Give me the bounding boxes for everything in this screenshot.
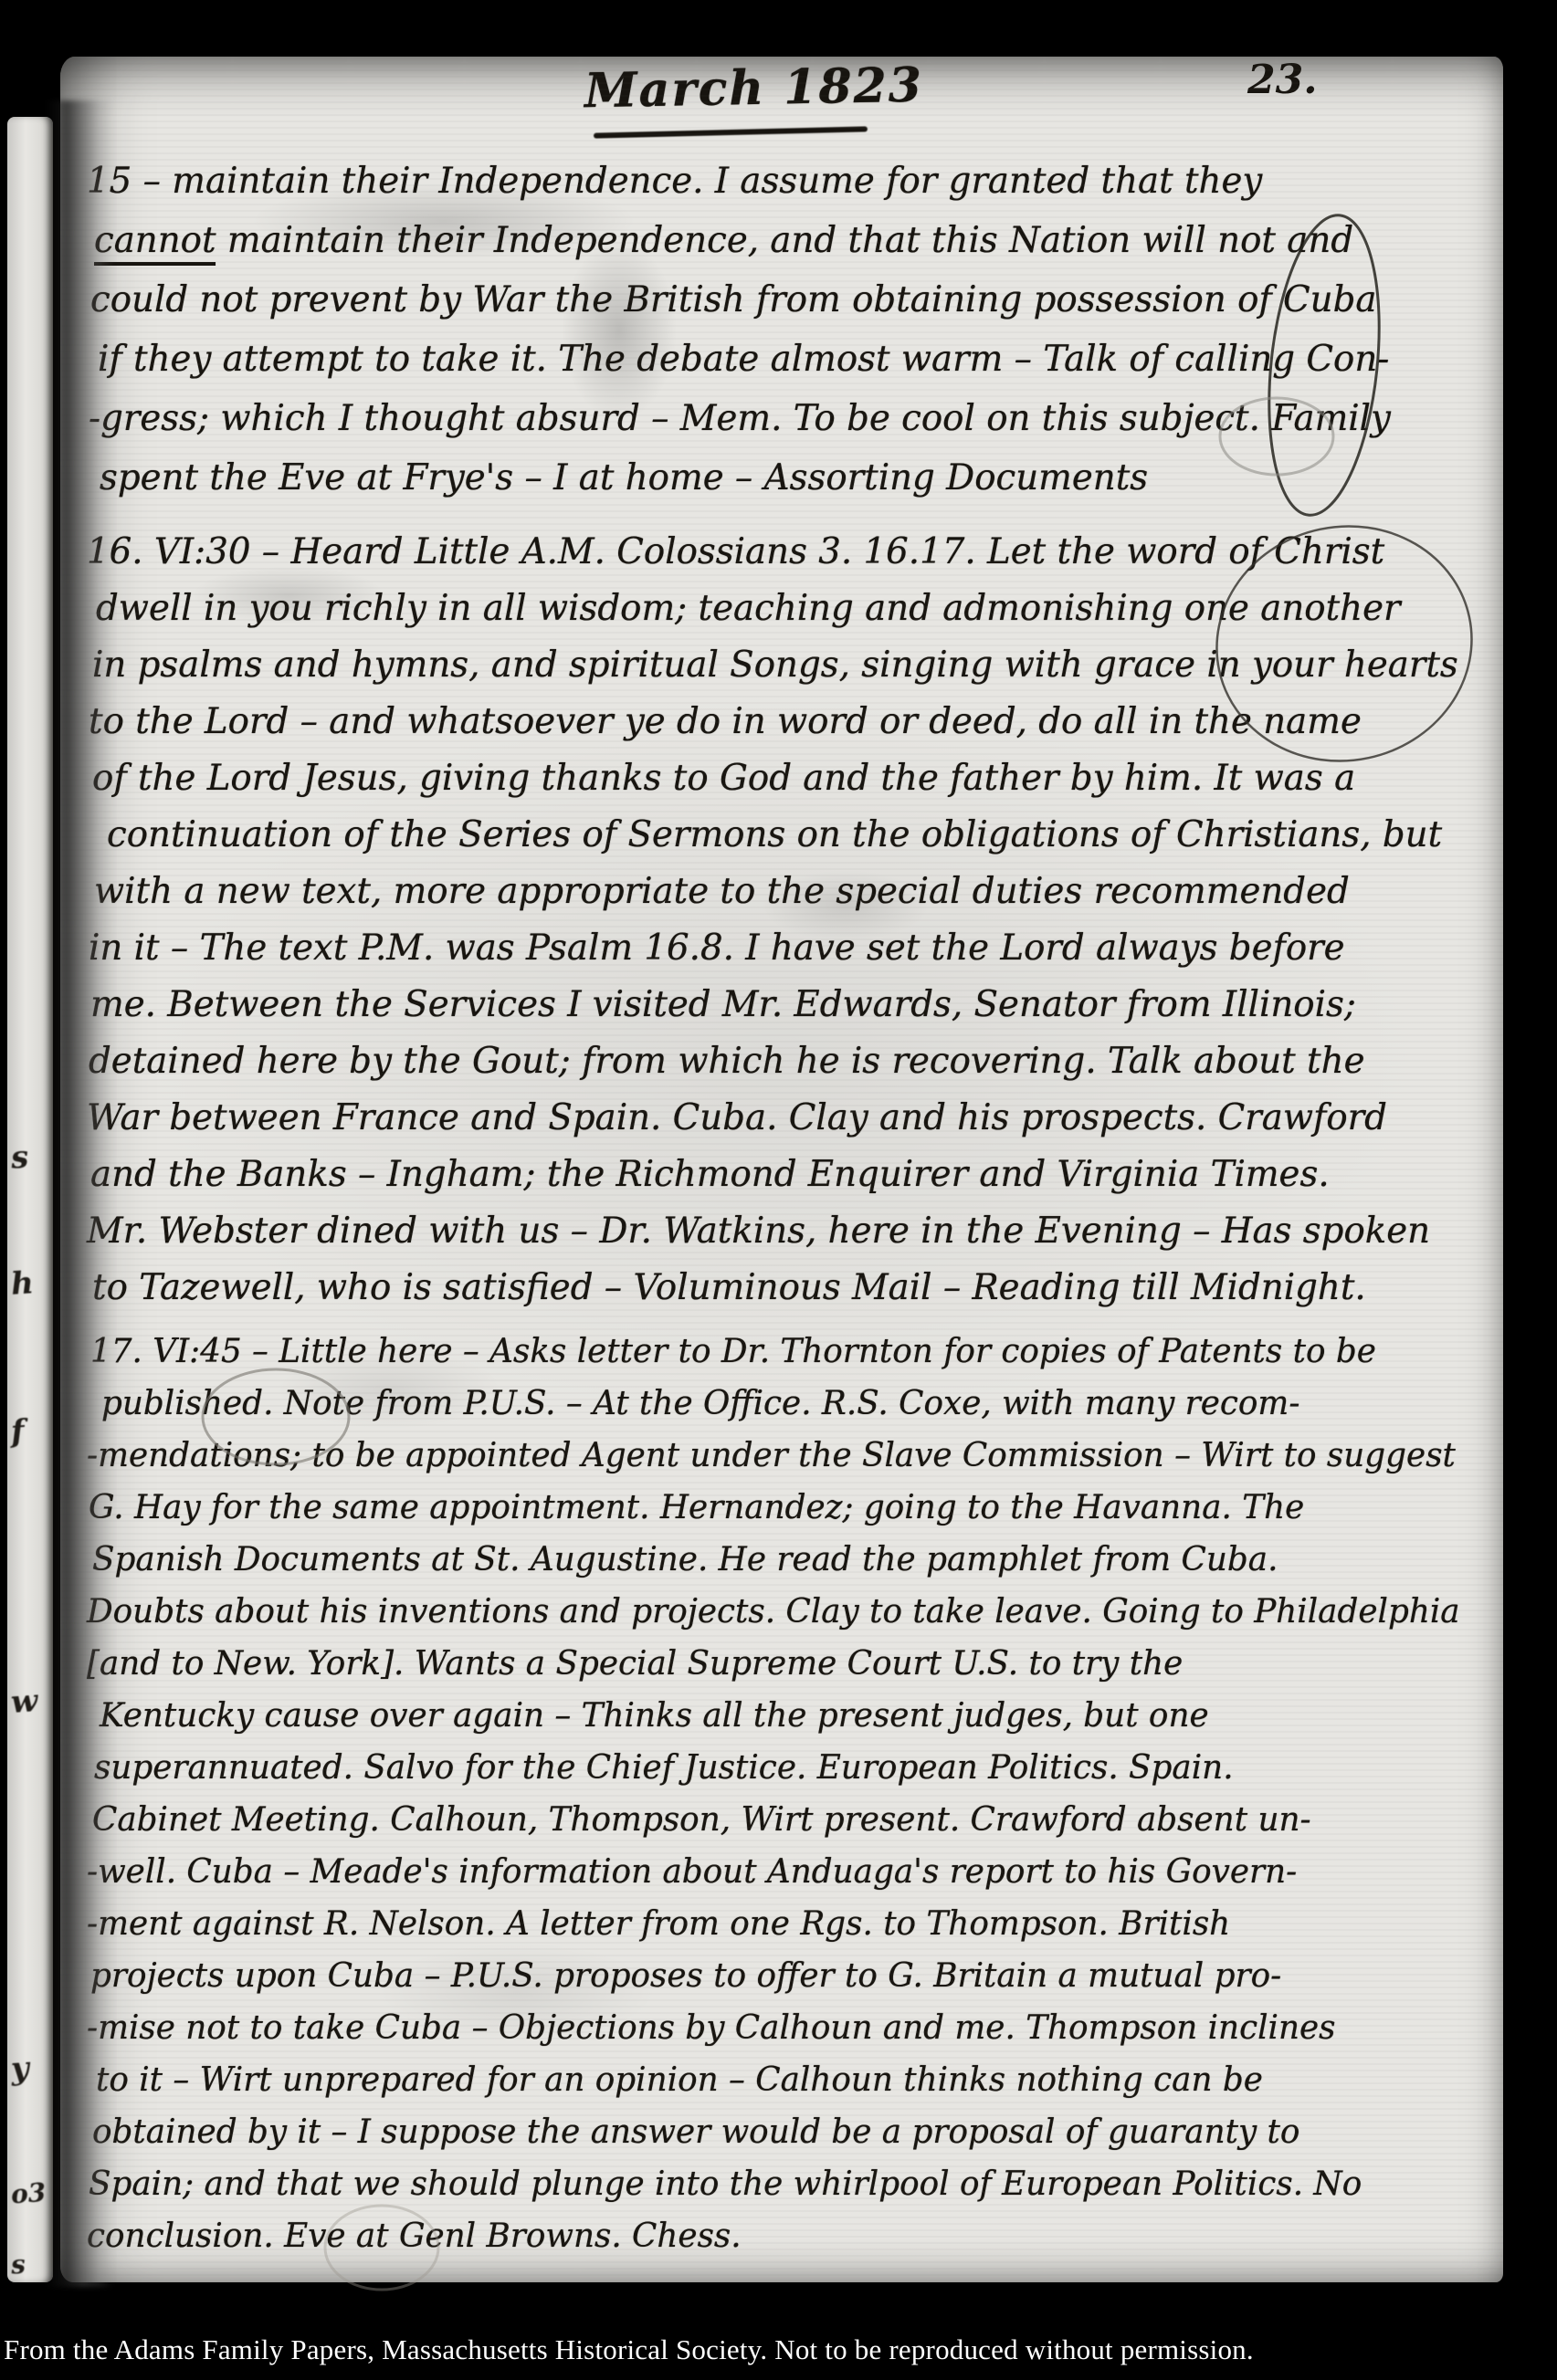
manuscript-line: Cabinet Meeting. Calhoun, Thompson, Wirt…	[92, 1794, 1469, 1846]
manuscript-line: me. Between the Services I visited Mr. E…	[90, 977, 1469, 1033]
manuscript-line: superannuated. Salvo for the Chief Justi…	[94, 1742, 1469, 1794]
manuscript-line: could not prevent by War the British fro…	[90, 270, 1469, 330]
manuscript-line: conclusion. Eve at Genl Browns. Chess.	[87, 2210, 1469, 2262]
line-text: War between France and Spain. Cuba. Clay…	[87, 1097, 1387, 1138]
margin-ink-fragment: y	[10, 2050, 31, 2087]
page-heading-month-year: March 1823	[584, 58, 923, 119]
margin-ink-fragment: s	[10, 1138, 30, 1176]
line-text: of the Lord Jesus, giving thanks to God …	[92, 758, 1355, 799]
line-text: Cabinet Meeting. Calhoun, Thompson, Wirt…	[92, 1801, 1311, 1839]
manuscript-line: [and to New. York]. Wants a Special Supr…	[87, 1638, 1469, 1690]
line-text: -gress; which I thought absurd – Mem. To…	[89, 398, 1391, 439]
heading-underline	[594, 126, 868, 138]
line-text: projects upon Cuba – P.U.S. proposes to …	[90, 1957, 1281, 1995]
margin-ink-fragment: s	[10, 2249, 26, 2280]
manuscript-line: -well. Cuba – Meade's information about …	[87, 1846, 1469, 1898]
line-text: spent the Eve at Frye's – I at home – As…	[100, 457, 1148, 498]
manuscript-line: -gress; which I thought absurd – Mem. To…	[89, 389, 1469, 448]
manuscript-line: Spanish Documents at St. Augustine. He r…	[92, 1534, 1469, 1586]
line-text: [and to New. York]. Wants a Special Supr…	[87, 1645, 1183, 1683]
line-text: detained here by the Gout; from which he…	[89, 1041, 1364, 1082]
line-text: Kentucky cause over again – Thinks all t…	[100, 1697, 1209, 1735]
manuscript-line: Kentucky cause over again – Thinks all t…	[100, 1690, 1469, 1742]
line-text: Spanish Documents at St. Augustine. He r…	[92, 1541, 1278, 1578]
underlined-word: cannot	[94, 220, 216, 266]
manuscript-line: to it – Wirt unprepared for an opinion –…	[96, 2054, 1469, 2106]
manuscript-line: Doubts about his inventions and projects…	[87, 1586, 1469, 1638]
credit-caption-bar: From the Adams Family Papers, Massachuse…	[4, 2333, 1254, 2366]
line-text: -ment against R. Nelson. A letter from o…	[87, 1905, 1230, 1943]
margin-ink-fragment: w	[10, 1683, 39, 1721]
caption-text: From the Adams Family Papers, Massachuse…	[4, 2333, 1254, 2365]
line-text: Doubts about his inventions and projects…	[87, 1593, 1460, 1630]
line-text: dwell in you richly in all wisdom; teach…	[96, 588, 1401, 629]
line-text: in psalms and hymns, and spiritual Songs…	[92, 645, 1458, 686]
manuscript-line: Spain; and that we should plunge into th…	[89, 2158, 1469, 2210]
scanned-diary-image: shfwyo3s March 1823 23. 15 – maintain th…	[0, 0, 1557, 2380]
line-text: if they attempt to take it. The debate a…	[98, 339, 1389, 380]
manuscript-line: -mise not to take Cuba – Objections by C…	[87, 2002, 1469, 2054]
line-text: to it – Wirt unprepared for an opinion –…	[96, 2061, 1263, 2099]
margin-ink-fragment: h	[10, 1264, 35, 1303]
line-text: -mise not to take Cuba – Objections by C…	[87, 2009, 1335, 2047]
manuscript-page: March 1823 23. 15 – maintain their Indep…	[60, 57, 1503, 2282]
line-text: -well. Cuba – Meade's information about …	[87, 1853, 1297, 1891]
line-text: 17. VI:45 – Little here – Asks letter to…	[90, 1333, 1376, 1370]
manuscript-line: continuation of the Series of Sermons on…	[107, 807, 1469, 864]
line-text: maintain their Independence, and that th…	[216, 220, 1354, 261]
manuscript-line: -mendations; to be appointed Agent under…	[87, 1430, 1469, 1482]
manuscript-line: -ment against R. Nelson. A letter from o…	[87, 1898, 1469, 1950]
manuscript-line: 17. VI:45 – Little here – Asks letter to…	[90, 1326, 1469, 1378]
line-text: Spain; and that we should plunge into th…	[89, 2165, 1362, 2203]
line-text: published. Note from P.U.S. – At the Off…	[101, 1385, 1299, 1422]
manuscript-line: projects upon Cuba – P.U.S. proposes to …	[90, 1950, 1469, 2002]
manuscript-line: in psalms and hymns, and spiritual Songs…	[92, 637, 1469, 694]
line-text: and the Banks – Ingham; the Richmond Enq…	[90, 1154, 1330, 1195]
line-text: continuation of the Series of Sermons on…	[107, 814, 1442, 855]
line-text: superannuated. Salvo for the Chief Justi…	[94, 1749, 1234, 1787]
diary-entry-march-16: 16. VI:30 – Heard Little A.M. Colossians…	[87, 524, 1479, 1316]
manuscript-line: dwell in you richly in all wisdom; teach…	[96, 581, 1469, 637]
diary-entry-march-15: 15 – maintain their Independence. I assu…	[87, 152, 1479, 508]
line-text: conclusion. Eve at Genl Browns. Chess.	[87, 2217, 742, 2255]
diary-entry-march-17: 17. VI:45 – Little here – Asks letter to…	[87, 1326, 1479, 2262]
manuscript-line: to the Lord – and whatsoever ye do in wo…	[89, 694, 1469, 750]
line-text: -mendations; to be appointed Agent under…	[87, 1437, 1456, 1474]
line-text: with a new text, more appropriate to the…	[94, 871, 1350, 912]
manuscript-line: if they attempt to take it. The debate a…	[98, 330, 1469, 389]
line-text: 15 – maintain their Independence. I assu…	[87, 161, 1262, 202]
line-text: Mr. Webster dined with us – Dr. Watkins,…	[87, 1211, 1430, 1252]
manuscript-line: 15 – maintain their Independence. I assu…	[87, 152, 1469, 211]
margin-ink-fragment: f	[10, 1413, 26, 1451]
line-text: me. Between the Services I visited Mr. E…	[90, 984, 1356, 1025]
manuscript-line: to Tazewell, who is satisfied – Volumino…	[92, 1260, 1469, 1316]
manuscript-line: spent the Eve at Frye's – I at home – As…	[100, 448, 1469, 508]
line-text: to Tazewell, who is satisfied – Volumino…	[92, 1267, 1366, 1308]
manuscript-line: and the Banks – Ingham; the Richmond Enq…	[90, 1147, 1469, 1203]
manuscript-line: detained here by the Gout; from which he…	[89, 1033, 1469, 1090]
line-text: to the Lord – and whatsoever ye do in wo…	[89, 701, 1362, 742]
page-number: 23.	[1247, 57, 1318, 103]
manuscript-line: of the Lord Jesus, giving thanks to God …	[92, 750, 1469, 807]
manuscript-line: 16. VI:30 – Heard Little A.M. Colossians…	[87, 524, 1469, 581]
line-text: 16. VI:30 – Heard Little A.M. Colossians…	[87, 531, 1384, 572]
manuscript-line: G. Hay for the same appointment. Hernand…	[89, 1482, 1469, 1534]
line-text: G. Hay for the same appointment. Hernand…	[89, 1489, 1304, 1526]
manuscript-line: published. Note from P.U.S. – At the Off…	[101, 1378, 1469, 1430]
margin-ink-fragment: o3	[10, 2177, 47, 2210]
facing-page-edge: shfwyo3s	[7, 117, 53, 2282]
line-text: in it – The text P.M. was Psalm 16.8. I …	[89, 928, 1345, 969]
manuscript-line: cannot maintain their Independence, and …	[94, 211, 1469, 270]
manuscript-line: in it – The text P.M. was Psalm 16.8. I …	[89, 920, 1469, 977]
line-text: obtained by it – I suppose the answer wo…	[92, 2113, 1299, 2151]
line-text: could not prevent by War the British fro…	[90, 279, 1376, 320]
manuscript-line: obtained by it – I suppose the answer wo…	[92, 2106, 1469, 2158]
manuscript-line: Mr. Webster dined with us – Dr. Watkins,…	[87, 1203, 1469, 1260]
manuscript-line: with a new text, more appropriate to the…	[94, 864, 1469, 920]
manuscript-line: War between France and Spain. Cuba. Clay…	[87, 1090, 1469, 1147]
